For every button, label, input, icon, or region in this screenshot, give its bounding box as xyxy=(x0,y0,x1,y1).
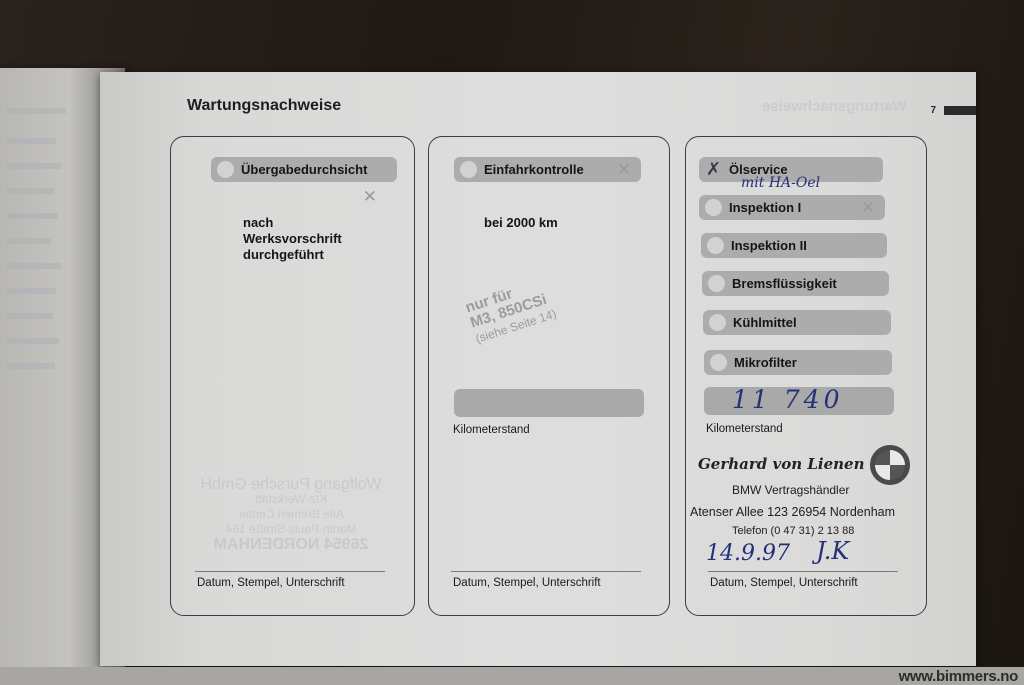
checkbox-circle-icon xyxy=(217,161,234,178)
checked-x-icon: ✗ xyxy=(705,159,722,180)
dealer-name: Gerhard von Lienen xyxy=(698,455,865,473)
panel-uebergabedurchsicht: Übergabedurchsicht ✕ nach Werksvorschrif… xyxy=(170,136,415,616)
bmw-logo-icon xyxy=(870,445,910,485)
service-label-mikrofilter: Mikrofilter xyxy=(704,350,892,375)
service-label: Einfahrkontrolle ✕ xyxy=(454,157,641,182)
watermark: www.bimmers.no xyxy=(899,668,1018,685)
service-label-kuehlmittel: Kühlmittel xyxy=(703,310,891,335)
checkbox-circle-icon xyxy=(710,354,727,371)
panel-einfahrkontrolle: Einfahrkontrolle ✕ bei 2000 km nur für M… xyxy=(428,136,670,616)
km-field: 11 740 xyxy=(704,387,894,415)
signature-line xyxy=(451,571,641,572)
km-label: Kilometerstand xyxy=(706,423,783,435)
footer-label: Datum, Stempel, Unterschrift xyxy=(453,577,601,589)
faint-x-icon: ✕ xyxy=(363,187,377,207)
service-description: bei 2000 km xyxy=(484,215,558,231)
handwritten-date: 14.9.97 xyxy=(706,541,790,566)
faint-x-icon: ✕ xyxy=(617,160,631,180)
service-label-bremsfluessigkeit: Bremsflüssigkeit xyxy=(702,271,889,296)
checkbox-circle-icon xyxy=(705,199,722,216)
km-value: 11 740 xyxy=(732,385,843,414)
dealer-address: Atenser Allee 123 26954 Nordenham xyxy=(690,505,895,519)
km-label: Kilometerstand xyxy=(453,424,530,436)
watermark-strip xyxy=(0,667,1024,685)
faint-x-icon: ✕ xyxy=(861,198,875,218)
checkbox-circle-icon xyxy=(708,275,725,292)
checkbox-circle-icon xyxy=(707,237,724,254)
service-description: nach Werksvorschrift durchgeführt xyxy=(243,215,342,263)
panel-oelservice-inspektion: ✗ Ölservice mit HA-Oel Inspektion I ✕ In… xyxy=(685,136,927,616)
bleedthrough-stamp: Wolfgang Pursche GmbH Kfz-Werkstatt Alte… xyxy=(181,477,401,552)
footer-label: Datum, Stempel, Unterschrift xyxy=(197,577,345,589)
dealer-phone: Telefon (0 47 31) 2 13 88 xyxy=(732,525,854,537)
bleedthrough-title: Wartungsnachweise xyxy=(762,98,906,115)
service-label-inspektion-1: Inspektion I ✕ xyxy=(699,195,885,220)
page-title: Wartungsnachweise xyxy=(187,97,341,115)
handwritten-note: mit HA-Oel xyxy=(741,175,820,191)
signature-line xyxy=(708,571,898,572)
dealer-type: BMW Vertragshändler xyxy=(732,483,849,497)
km-field xyxy=(454,389,644,417)
model-note: nur für M3, 850CSi (siehe Seite 14) xyxy=(464,275,559,347)
signature-line xyxy=(195,571,385,572)
service-label: Übergabedurchsicht ✕ xyxy=(211,157,397,182)
service-booklet-page: Wartungsnachweise Wartungsnachweise 7 Üb… xyxy=(100,72,976,666)
service-label-inspektion-2: Inspektion II xyxy=(701,233,887,258)
checkbox-circle-icon xyxy=(709,314,726,331)
checkbox-circle-icon xyxy=(460,161,477,178)
handwritten-signature: J.K xyxy=(816,537,849,565)
page-tab-marker xyxy=(944,106,976,115)
page-number: 7 xyxy=(930,105,936,116)
footer-label: Datum, Stempel, Unterschrift xyxy=(710,577,858,589)
